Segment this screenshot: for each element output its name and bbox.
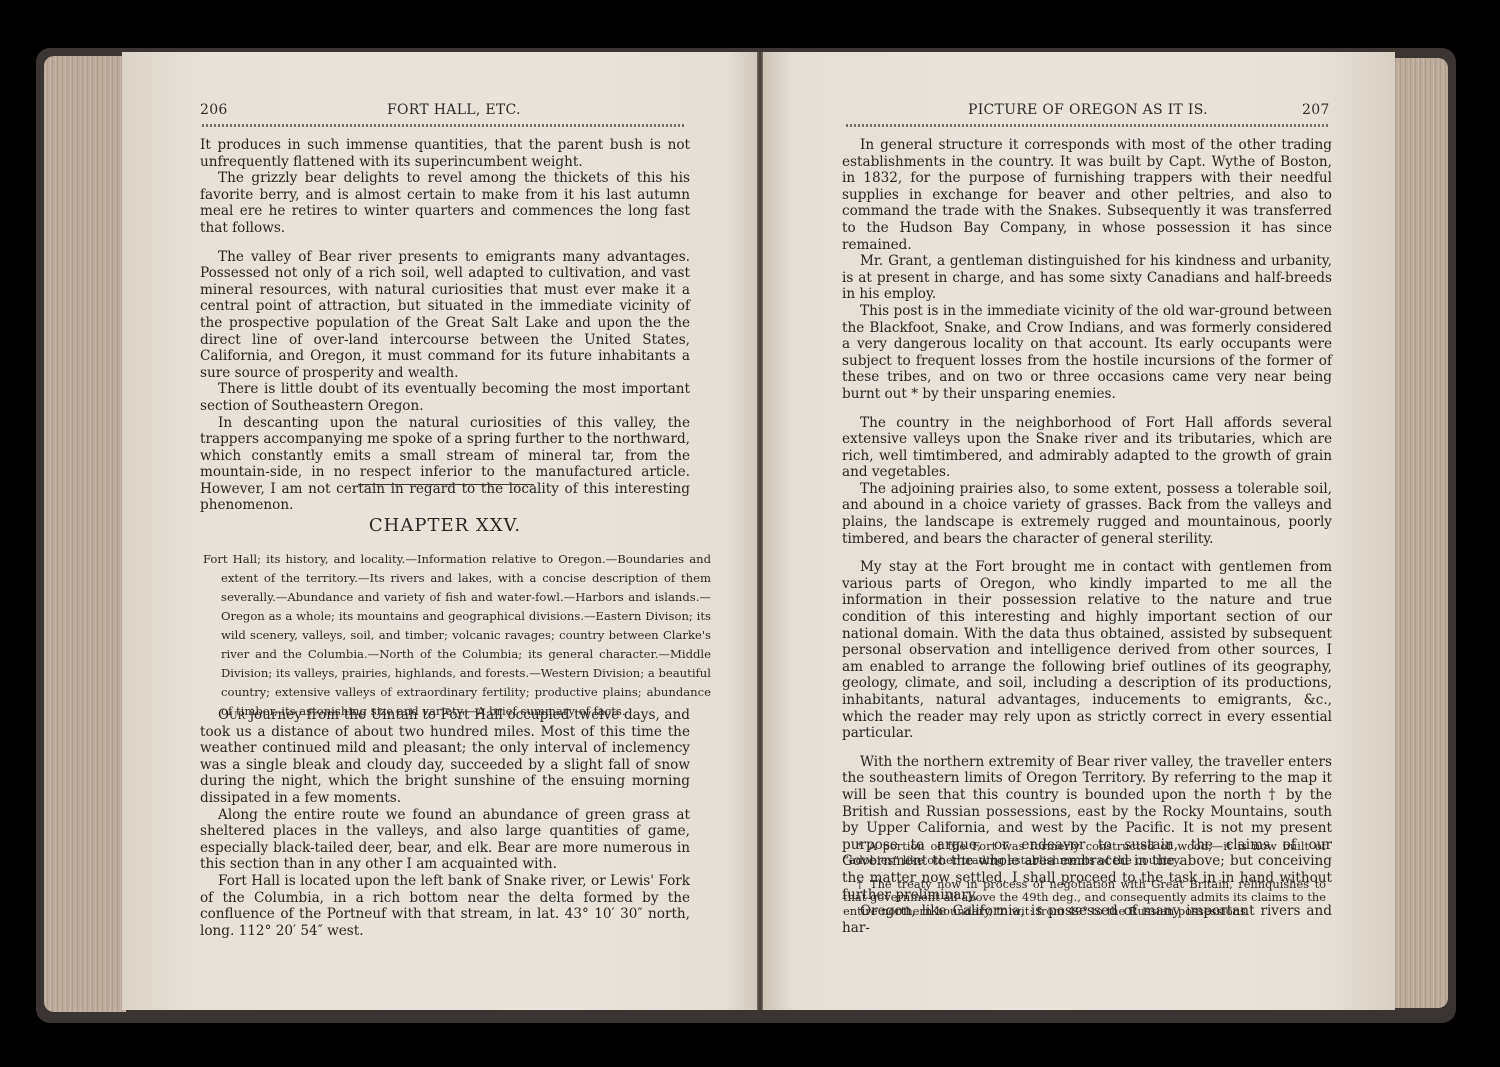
paragraph: In general structure it corresponds with… bbox=[842, 137, 1332, 253]
left-page-number: 206 bbox=[200, 102, 228, 118]
left-text-top: It produces in such immense quantities, … bbox=[200, 137, 690, 514]
left-page-edges bbox=[44, 56, 126, 1012]
right-page-edges bbox=[1392, 58, 1448, 1008]
paragraph: Our journey from the Uintah to Fort Hall… bbox=[200, 707, 690, 807]
left-header-rule bbox=[202, 124, 686, 127]
left-running-head: FORT HALL, ETC. bbox=[387, 102, 521, 118]
footnotes: * A portion of the Fort was formerly con… bbox=[843, 840, 1326, 929]
right-text: In general structure it corresponds with… bbox=[842, 137, 1332, 936]
chapter-title: CHAPTER XXV. bbox=[200, 515, 690, 536]
paragraph: The country in the neighborhood of Fort … bbox=[842, 415, 1332, 481]
left-text-chapter: Our journey from the Uintah to Fort Hall… bbox=[200, 707, 690, 939]
paragraph: Along the entire route we found an abund… bbox=[200, 807, 690, 873]
paragraph: My stay at the Fort brought me in contac… bbox=[842, 559, 1332, 742]
chapter-synopsis: Fort Hall; its history, and locality.—In… bbox=[203, 550, 711, 721]
footnote: * A portion of the Fort was formerly con… bbox=[843, 840, 1326, 868]
paragraph: The valley of Bear river presents to emi… bbox=[200, 249, 690, 382]
chapter-divider bbox=[358, 484, 534, 485]
footnote: † The treaty now in process of negotiati… bbox=[843, 878, 1326, 919]
paragraph: This post is in the immediate vicinity o… bbox=[842, 303, 1332, 403]
paragraph-text: journey from the Uintah to Fort Hall occ… bbox=[200, 707, 690, 806]
paragraph: It produces in such immense quantities, … bbox=[200, 137, 690, 170]
paragraph: There is little doubt of its eventually … bbox=[200, 381, 690, 414]
paragraph: The grizzly bear delights to revel among… bbox=[200, 170, 690, 236]
paragraph: The adjoining prairies also, to some ext… bbox=[842, 481, 1332, 547]
chapter-opening-word: Our bbox=[218, 707, 245, 723]
right-header-rule bbox=[846, 124, 1328, 127]
right-page-number: 207 bbox=[1302, 102, 1330, 118]
right-running-head: PICTURE OF OREGON AS IT IS. bbox=[968, 102, 1208, 118]
paragraph: Mr. Grant, a gentleman distinguished for… bbox=[842, 253, 1332, 303]
paragraph: Fort Hall is located upon the left bank … bbox=[200, 873, 690, 939]
paragraph: In descanting upon the natural curiositi… bbox=[200, 415, 690, 515]
